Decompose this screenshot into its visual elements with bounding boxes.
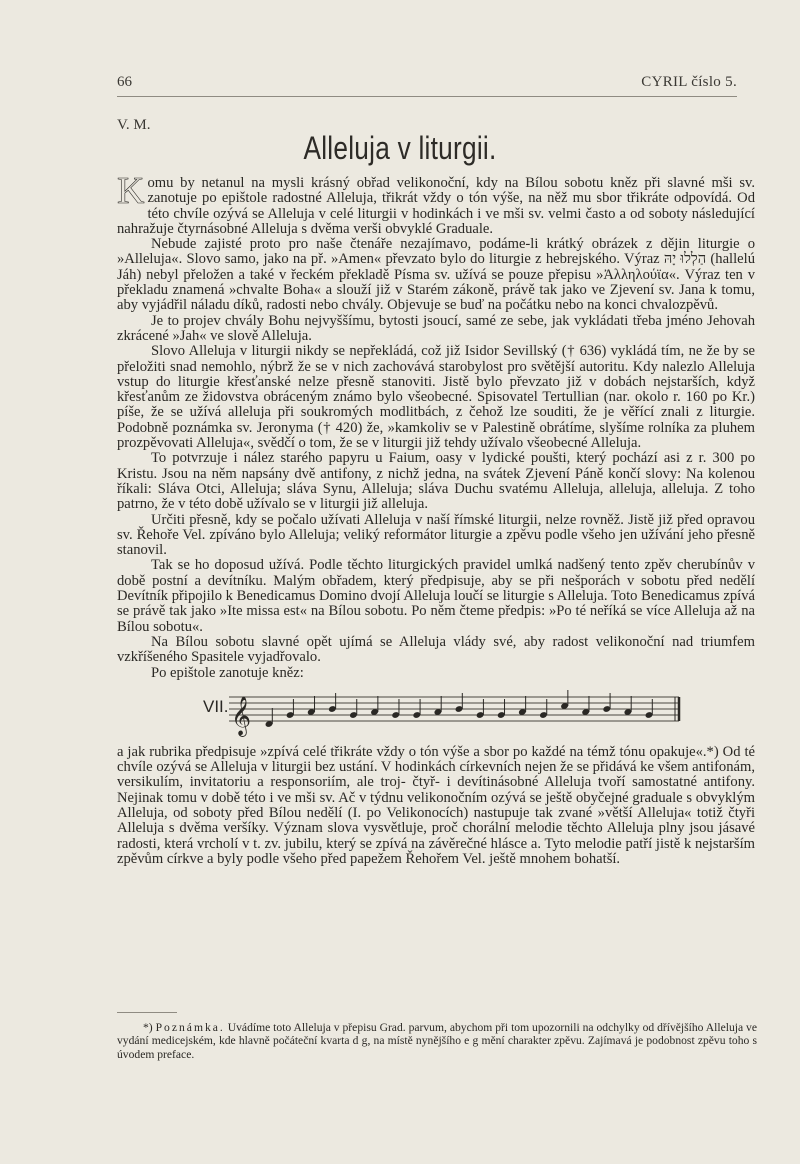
paragraph: Slovo Alleluja v liturgii nikdy se nepře… (117, 344, 755, 451)
paragraph: To potvrzuje i nález starého papyru u Fa… (117, 451, 755, 512)
paragraph: Nebude zajisté proto pro naše čtenáře ne… (117, 237, 755, 313)
drop-cap: K (117, 176, 144, 207)
magazine-page: 66 CYRIL číslo 5. V. M. Alleluja v litur… (0, 0, 800, 1164)
article-title: Alleluja v liturgii. (72, 130, 728, 167)
mode-label: VII. (203, 699, 229, 714)
footnote: *) Poznámka. Uvádíme toto Alleluja v pře… (117, 1021, 757, 1061)
music-staff: 𝄞 (229, 687, 689, 739)
paragraph: Tak se ho doposud užívá. Podle těchto li… (117, 558, 755, 634)
paragraph: Určiti přesně, kdy se počalo užívati All… (117, 513, 755, 559)
page-number: 66 (117, 74, 132, 91)
journal-issue: CYRIL číslo 5. (641, 74, 737, 91)
paragraph: Komu by netanul na mysli krásný obřad ve… (117, 176, 755, 237)
footnote-divider (117, 1012, 177, 1013)
paragraph: a jak rubrika předpisuje »zpívá celé tři… (117, 745, 755, 867)
paragraph: Na Bílou sobotu slavné opět ujímá se All… (117, 635, 755, 666)
svg-text:𝄞: 𝄞 (231, 696, 251, 737)
music-notation: VII. 𝄞 (117, 687, 755, 739)
article-body: Komu by netanul na mysli krásný obřad ve… (117, 176, 755, 867)
footnote-label: Poznámka. (156, 1021, 225, 1034)
paragraph: Je to projev chvály Bohu nejvyššímu, byt… (117, 314, 755, 345)
running-header: 66 CYRIL číslo 5. (117, 74, 737, 97)
paragraph: Po epištole zanotuje kněz: (117, 666, 755, 681)
